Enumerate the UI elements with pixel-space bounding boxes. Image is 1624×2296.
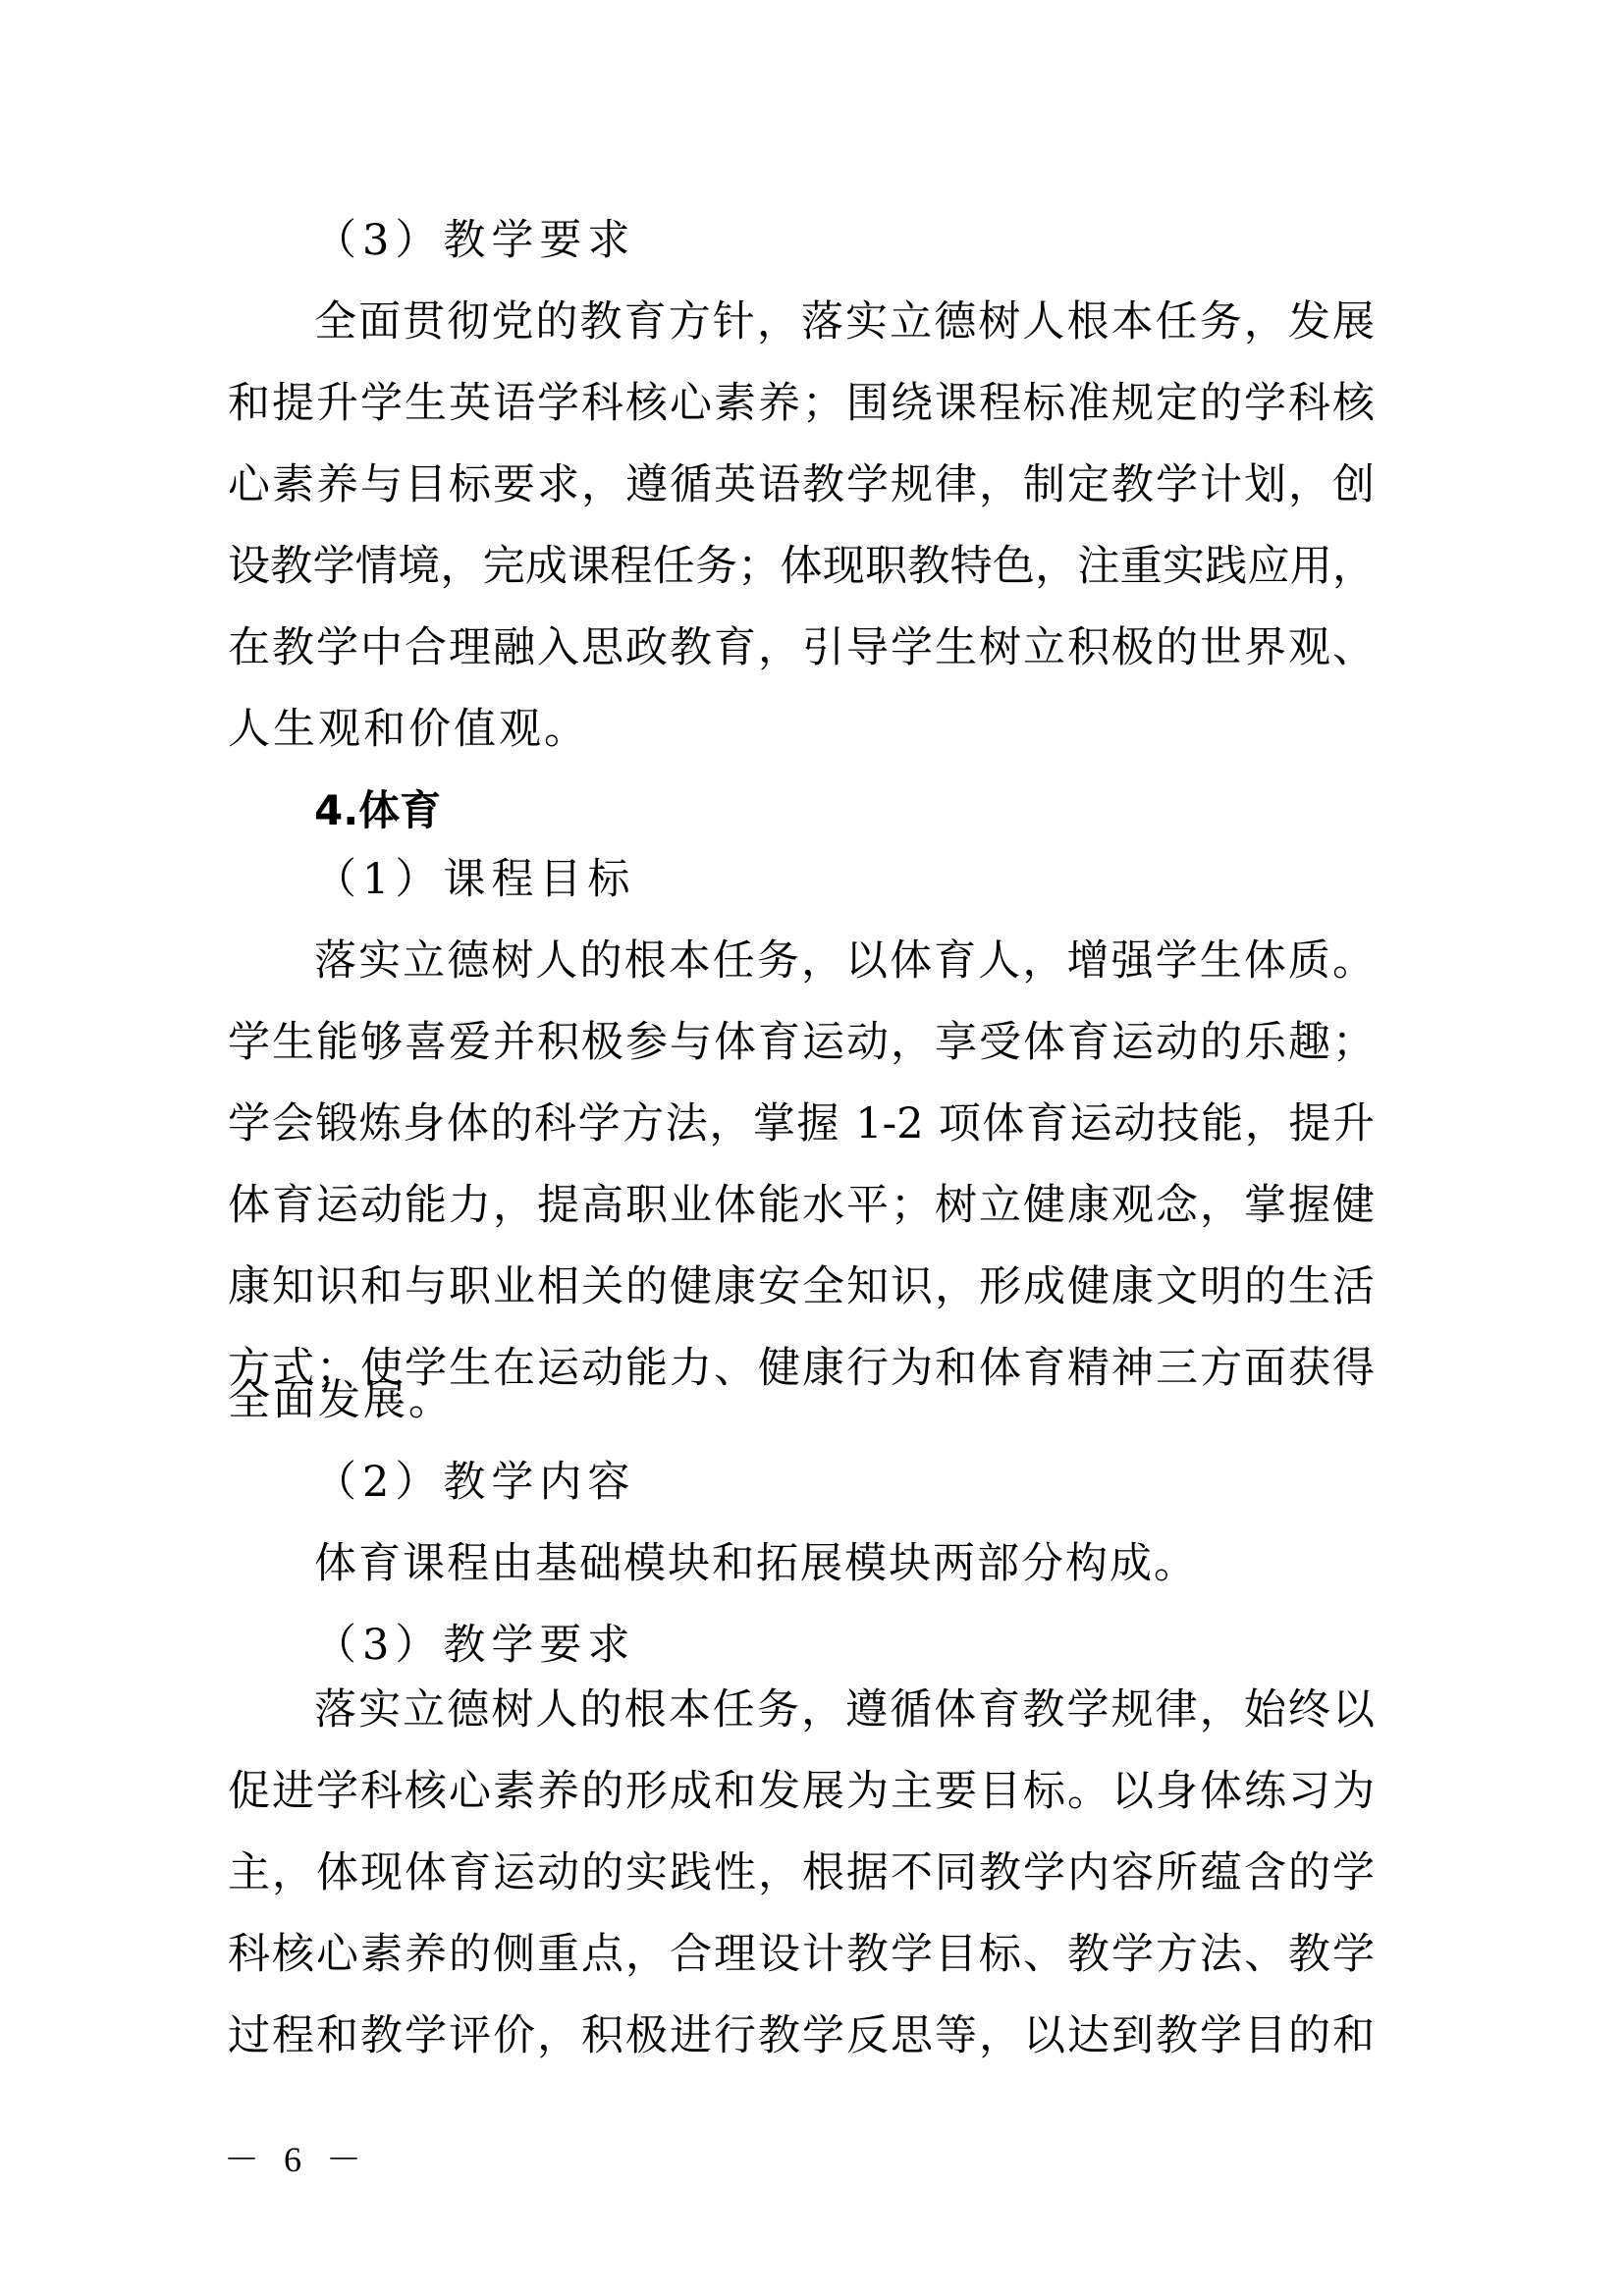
paragraph-line: 心素养与目标要求，遵循英语教学规律，制定教学计划，创	[228, 455, 1375, 514]
paragraph-line: 体育课程由基础模块和拓展模块两部分构成。	[314, 1534, 1198, 1593]
document-page: （3）教学要求 全面贯彻党的教育方针，落实立德树人根本任务，发展 和提升学生英语…	[0, 0, 1624, 2296]
paragraph-line: 过程和教学评价，积极进行教学反思等，以达到教学目的和	[228, 2006, 1375, 2065]
paragraph-line: 落实立德树人的根本任务，以体育人，增强学生体质。	[314, 932, 1375, 990]
paragraph-line: 促进学科核心素养的形成和发展为主要目标。以身体练习为	[228, 1762, 1375, 1821]
paragraph-line: 康知识和与职业相关的健康安全知识，形成健康文明的生活	[228, 1257, 1375, 1316]
paragraph-line: 人生观和价值观。	[228, 700, 589, 759]
paragraph-line: 学会锻炼身体的科学方法，掌握 1-2 项体育运动技能，提升	[228, 1095, 1375, 1153]
paragraph-line: 学生能够喜爱并积极参与体育运动，享受体育运动的乐趣；	[228, 1013, 1375, 1072]
paragraph-line: 科核心素养的侧重点，合理设计教学目标、教学方法、教学	[228, 1925, 1375, 1984]
paragraph-line: 全面贯彻党的教育方针，落实立德树人根本任务，发展	[314, 293, 1375, 351]
paragraph-line: 设教学情境，完成课程任务；体现职教特色，注重实践应用，	[228, 537, 1375, 596]
section-heading-english-requirements: （3）教学要求	[314, 211, 635, 270]
section-heading-pe-requirements: （3）教学要求	[314, 1616, 635, 1675]
paragraph-line: 和提升学生英语学科核心素养；围绕课程标准规定的学科核	[228, 374, 1375, 433]
paragraph-line: 在教学中合理融入思政教育，引导学生树立积极的世界观、	[228, 618, 1375, 677]
section-heading-pe-content: （2）教学内容	[314, 1453, 635, 1512]
section-title-pe: 4.体育	[314, 781, 441, 840]
page-number: － 6 －	[224, 2138, 369, 2181]
paragraph-line: 体育运动能力，提高职业体能水平；树立健康观念，掌握健	[228, 1176, 1375, 1235]
section-heading-pe-goals: （1）课程目标	[314, 850, 635, 909]
paragraph-line: 落实立德树人的根本任务，遵循体育教学规律，始终以	[314, 1681, 1375, 1739]
paragraph-line: 全面发展。	[228, 1371, 454, 1430]
paragraph-line: 主，体现体育运动的实践性，根据不同教学内容所蕴含的学	[228, 1843, 1375, 1902]
